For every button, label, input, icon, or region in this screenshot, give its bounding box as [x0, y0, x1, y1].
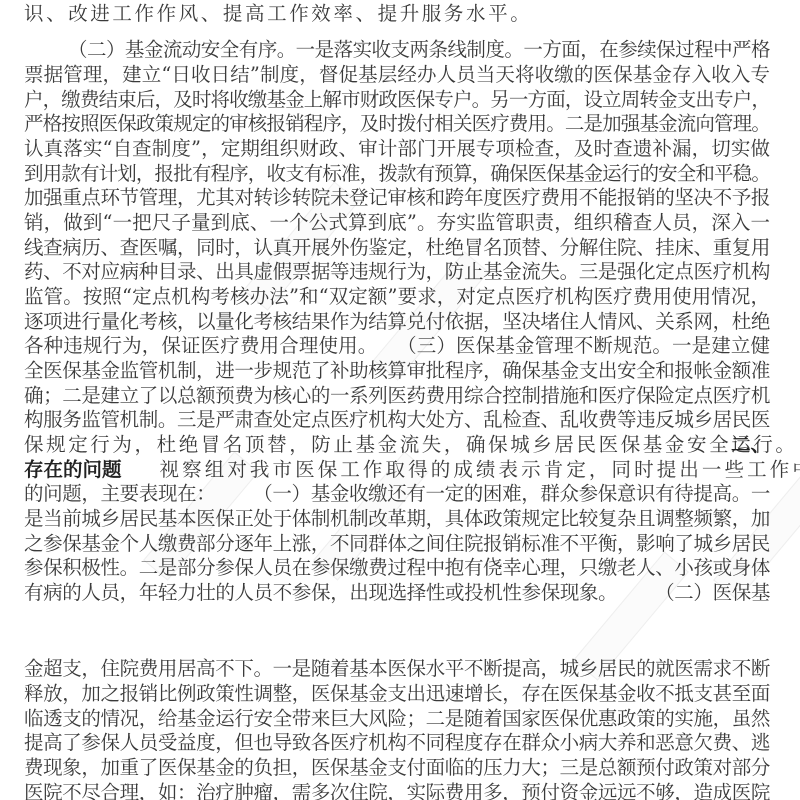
text-line: 参保积极性。二是部分参保人员在参保缴费过程中抱有侥幸心理，只缴老人、小孩或身体: [24, 556, 770, 580]
document-page: 识、改进工作作风、提高工作效率、提升服务水平。（二）基金流动安全有序。一是落实收…: [0, 0, 800, 800]
text-line: 认真落实“自查制度”，定期组织财政、审计部门开展专项检查，及时查遗补漏，切实做: [24, 137, 770, 161]
line-text: 费现象，加重了医保基金的负担，医保基金支付面临的压力大；三是总额预付政策对部分: [24, 756, 770, 779]
line-text: 提高了参保人员受益度，但也导致各医疗机构不同程度存在群众小病大养和恶意欠费、逃: [24, 731, 770, 754]
line-text: 销，做到“一把尺子量到底、一个公式算到底”。夯实监管职责，组织稽查人员，深入一: [24, 211, 770, 234]
text-line: 各种违规行为，保证医疗费用合理使用。 （三）医保基金管理不断规范。一是建立健: [24, 334, 770, 358]
line-text: 临透支的情况，给基金运行安全带来巨大风险；二是随着国家医保优惠政策的实施，虽然: [24, 707, 770, 730]
line-text: 认真落实“自查制度”，定期组织财政、审计部门开展专项检查，及时查遗补漏，切实做: [24, 137, 770, 160]
text-line: 临透支的情况，给基金运行安全带来巨大风险；二是随着国家医保优惠政策的实施，虽然: [24, 707, 770, 731]
text-line: 到用款有计划，报批有程序，收支有标准，拨款有预算，确保医保基金运行的安全和平稳。: [24, 162, 770, 186]
text-line: 逐项进行量化考核，以量化考核结果作为结算兑付依据，坚决堵住人情风、关系网，杜绝: [24, 310, 770, 334]
text-line: 是当前城乡居民基本医保正处于体制机制改革期，具体政策规定比较复杂且调整频繁，加: [24, 507, 770, 531]
line-text: 逐项进行量化考核，以量化考核结果作为结算兑付依据，坚决堵住人情风、关系网，杜绝: [24, 310, 770, 333]
line-text: 各种违规行为，保证医疗费用合理使用。 （三）医保基金管理不断规范。一是建立健: [24, 334, 770, 357]
text-line: 药、不对应病种目录、出具虚假票据等违规行为，防止基金流失。三是强化定点医疗机构: [24, 260, 770, 284]
text-line: （二）基金流动安全有序。一是落实收支两条线制度。一方面，在参续保过程中严格: [68, 38, 770, 62]
line-text: 识、改进工作作风、提高工作效率、提升服务水平。: [24, 2, 532, 25]
line-text: （二）基金流动安全有序。一是落实收支两条线制度。一方面，在参续保过程中严格: [68, 38, 770, 61]
text-line: 户，缴费结束后，及时将收缴基金上解市财政医保专户。另一方面，设立周转金支出专户，: [24, 88, 770, 112]
line-text: 金超支，住院费用居高不下。一是随着基本医保水平不断提高，城乡居民的就医需求不断: [24, 657, 770, 680]
line-text: 保规定行为，杜绝冒名顶替，防止基金流失，确保城乡居民医保基金安全运行。: [24, 433, 798, 456]
text-line: 保规定行为，杜绝冒名顶替，防止基金流失，确保城乡居民医保基金安全运行。二、: [24, 433, 770, 457]
text-line: 监管。按照“定点机构考核办法”和“双定额”要求，对定点医疗机构医疗费用使用情况，: [24, 285, 770, 309]
text-line: 医院不尽合理，如：治疗肿瘤，需多次住院，实际费用多，预付资金远远不够，造成医院: [24, 781, 770, 800]
line-text: 到用款有计划，报批有程序，收支有标准，拨款有预算，确保医保基金运行的安全和平稳。: [24, 162, 770, 185]
text-line: 严格按照医保政策规定的审核报销程序，及时拨付相关医疗费用。二是加强基金流向管理。: [24, 112, 770, 136]
text-line: 构服务监管机制。三是严肃查处定点医疗机构大处方、乱检查、乱收费等违反城乡居民医: [24, 408, 770, 432]
section-heading: 存在的问题: [24, 458, 122, 481]
line-text: 严格按照医保政策规定的审核报销程序，及时拨付相关医疗费用。二是加强基金流向管理。: [24, 112, 770, 135]
text-line: 识、改进工作作风、提高工作效率、提升服务水平。: [24, 2, 770, 26]
line-text: 视察组对我市医保工作取得的成绩表示肯定，同时提出一些工作中存在: [160, 458, 800, 481]
line-text: 线查病历、查医嘱，同时，认真开展外伤鉴定，杜绝冒名顶替、分解住院、挂床、重复用: [24, 236, 770, 259]
text-line: 全医保基金监管机制，进一步规范了补助核算审批程序，确保基金支出安全和报帐金额准: [24, 359, 770, 383]
section-number: 二、: [731, 433, 770, 457]
line-text: 确；二是建立了以总额预费为核心的一系列医药费用综合控制措施和医疗保险定点医疗机: [24, 384, 770, 407]
line-text: 户，缴费结束后，及时将收缴基金上解市财政医保专户。另一方面，设立周转金支出专户，: [24, 88, 770, 111]
line-text: 监管。按照“定点机构考核办法”和“双定额”要求，对定点医疗机构医疗费用使用情况，: [24, 285, 770, 308]
text-line: 线查病历、查医嘱，同时，认真开展外伤鉴定，杜绝冒名顶替、分解住院、挂床、重复用: [24, 236, 770, 260]
line-text: 票据管理，建立“日收日结”制度，督促基层经办人员当天将收缴的医保基金存入收入专: [24, 63, 770, 86]
line-text: 构服务监管机制。三是严肃查处定点医疗机构大处方、乱检查、乱收费等违反城乡居民医: [24, 408, 770, 431]
text-line: 销，做到“一把尺子量到底、一个公式算到底”。夯实监管职责，组织稽查人员，深入一: [24, 211, 770, 235]
text-line: 票据管理，建立“日收日结”制度，督促基层经办人员当天将收缴的医保基金存入收入专: [24, 63, 770, 87]
text-line: 的问题，主要表现在： （一）基金收缴还有一定的困难，群众参保意识有待提高。一: [24, 482, 770, 506]
text-line: 释放，加之报销比例政策性调整，医保基金支出迅速增长，存在医保基金收不抵支甚至面: [24, 682, 770, 706]
line-text: 全医保基金监管机制，进一步规范了补助核算审批程序，确保基金支出安全和报帐金额准: [24, 359, 770, 382]
text-line: 存在的问题视察组对我市医保工作取得的成绩表示肯定，同时提出一些工作中存在: [24, 458, 770, 482]
line-text: 是当前城乡居民基本医保正处于体制机制改革期，具体政策规定比较复杂且调整频繁，加: [24, 507, 770, 530]
line-text: 有病的人员，年轻力壮的人员不参保，出现选择性或投机性参保现象。 （二）医保基: [24, 581, 770, 604]
line-text: 之参保基金个人缴费部分逐年上涨，不同群体之间住院报销标准不平衡，影响了城乡居民: [24, 532, 770, 555]
text-line: 金超支，住院费用居高不下。一是随着基本医保水平不断提高，城乡居民的就医需求不断: [24, 657, 770, 681]
text-line: 加强重点环节管理，尤其对转诊转院未登记审核和跨年度医疗费用不能报销的坚决不予报: [24, 186, 770, 210]
line-text: 参保积极性。二是部分参保人员在参保缴费过程中抱有侥幸心理，只缴老人、小孩或身体: [24, 556, 770, 579]
text-line: 有病的人员，年轻力壮的人员不参保，出现选择性或投机性参保现象。 （二）医保基: [24, 581, 770, 605]
line-text: 药、不对应病种目录、出具虚假票据等违规行为，防止基金流失。三是强化定点医疗机构: [24, 260, 770, 283]
line-text: 释放，加之报销比例政策性调整，医保基金支出迅速增长，存在医保基金收不抵支甚至面: [24, 682, 770, 705]
line-text: 加强重点环节管理，尤其对转诊转院未登记审核和跨年度医疗费用不能报销的坚决不予报: [24, 186, 770, 209]
text-line: 提高了参保人员受益度，但也导致各医疗机构不同程度存在群众小病大养和恶意欠费、逃: [24, 731, 770, 755]
text-line: 费现象，加重了医保基金的负担，医保基金支付面临的压力大；三是总额预付政策对部分: [24, 756, 770, 780]
line-text: 的问题，主要表现在： （一）基金收缴还有一定的困难，群众参保意识有待提高。一: [24, 482, 770, 505]
text-line: 确；二是建立了以总额预费为核心的一系列医药费用综合控制措施和医疗保险定点医疗机: [24, 384, 770, 408]
line-text: 医院不尽合理，如：治疗肿瘤，需多次住院，实际费用多，预付资金远远不够，造成医院: [24, 781, 770, 800]
text-line: 之参保基金个人缴费部分逐年上涨，不同群体之间住院报销标准不平衡，影响了城乡居民: [24, 532, 770, 556]
